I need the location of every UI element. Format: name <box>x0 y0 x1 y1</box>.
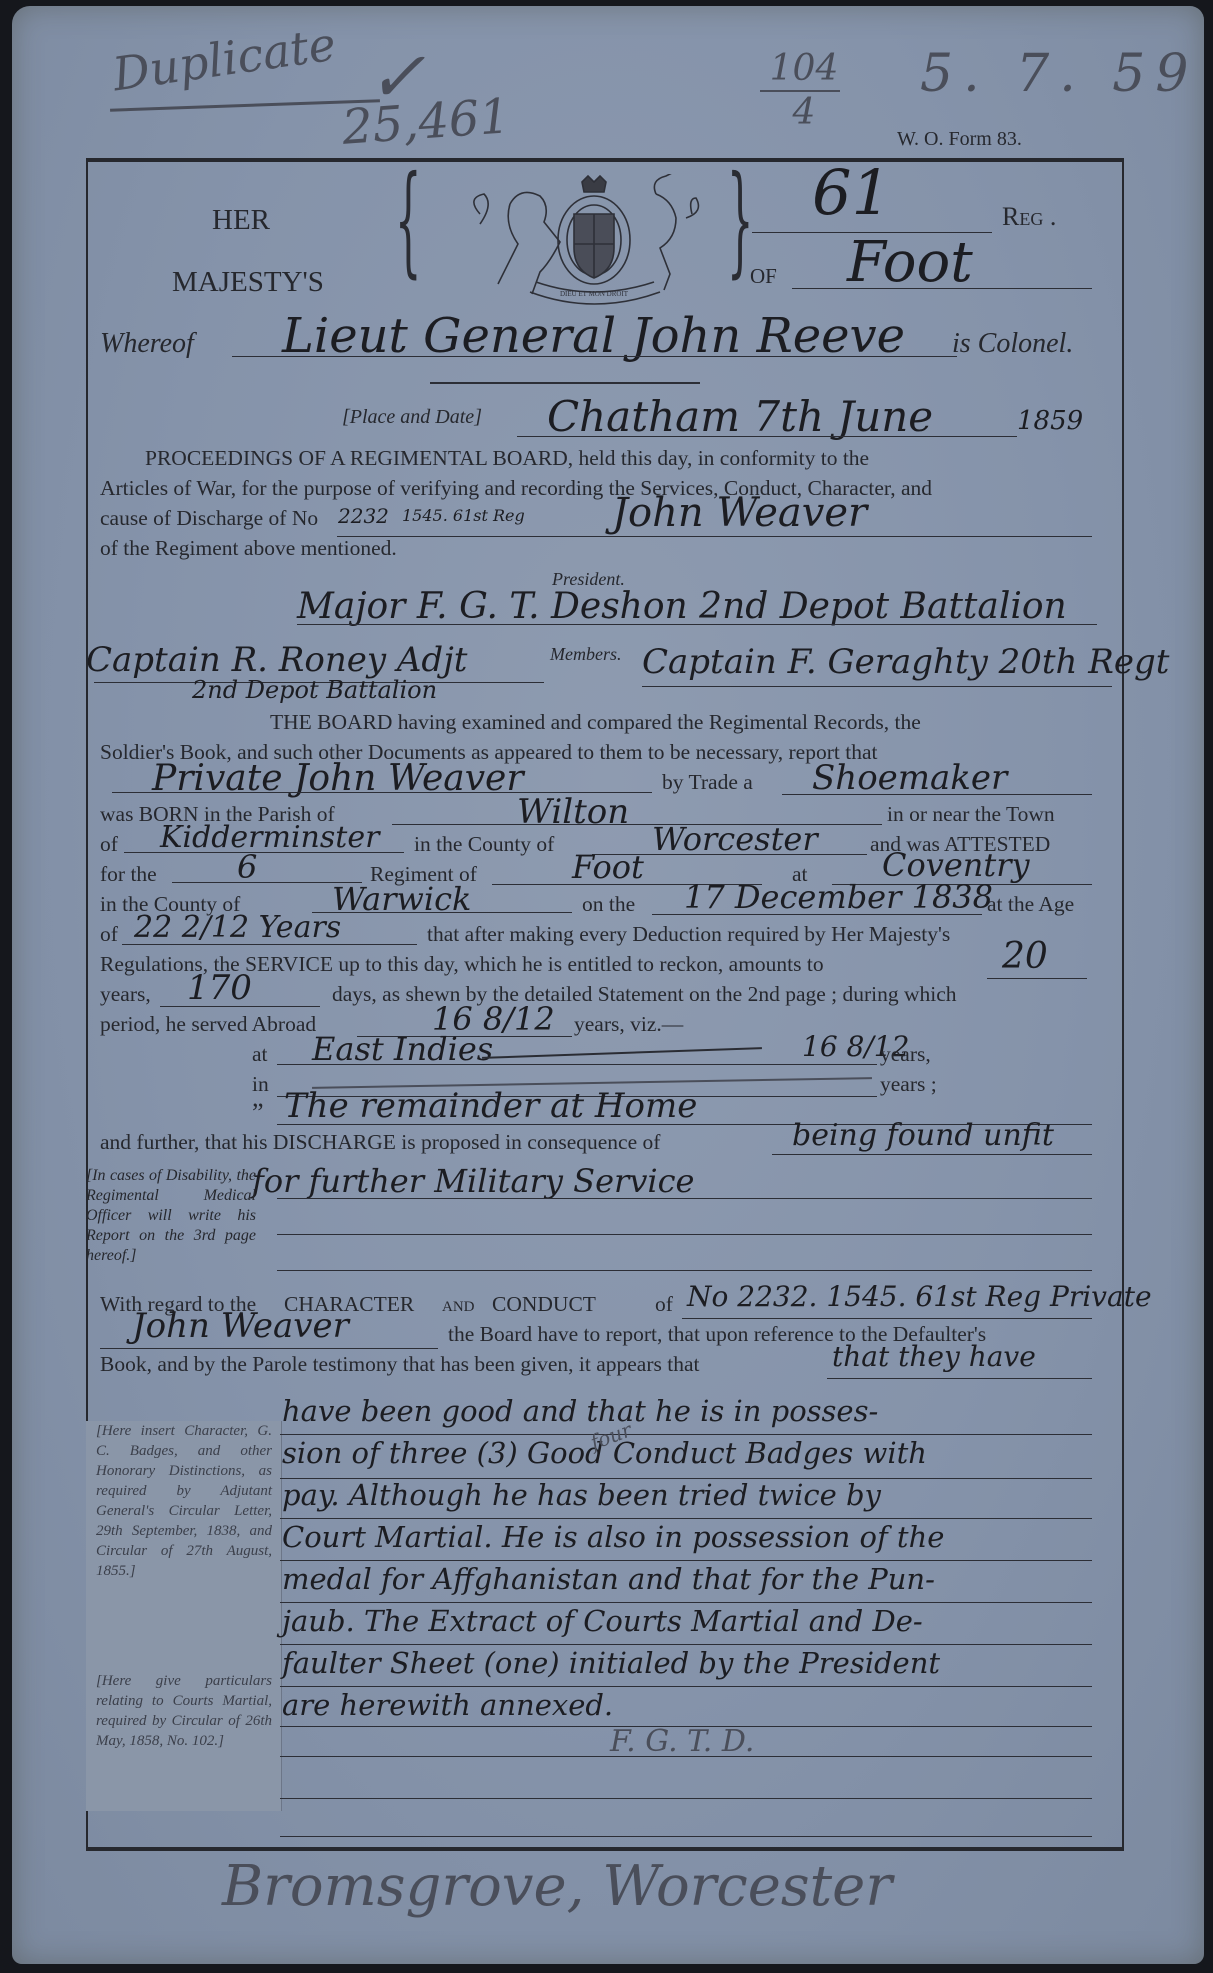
attested-date-line <box>652 914 982 915</box>
soldier-name-line <box>337 536 1092 537</box>
discharge-blank-line-2 <box>277 1270 1092 1271</box>
right-brace: } <box>727 161 754 281</box>
statement-start: that they have <box>832 1340 1036 1373</box>
soldier-ref-line <box>682 1318 1092 1319</box>
duplicate-annotation: Duplicate <box>109 17 339 102</box>
statement-line: pay. Although he has been tried twice by <box>282 1478 881 1512</box>
member-1-value: Captain R. Roney Adjt <box>86 640 467 680</box>
service-days-line <box>160 1006 320 1007</box>
discharge-blank-line-1 <box>277 1234 1092 1235</box>
remainder-value: The remainder at Home <box>284 1086 697 1126</box>
statement-start-line <box>827 1378 1092 1379</box>
courts-martial-sidenote: [Here give particulars relating to Court… <box>96 1671 272 1751</box>
colonel-line <box>232 356 957 357</box>
for-the-label: for the <box>100 862 157 887</box>
proceedings-line-4: of the Regiment above mentioned. <box>100 536 397 561</box>
statement-line: are herewith annexed. <box>282 1688 613 1722</box>
report-line-1: THE BOARD having examined and compared t… <box>270 710 921 735</box>
statement-rule <box>280 1434 1092 1435</box>
member-1-unit: 2nd Depot Battalion <box>192 676 437 704</box>
president-value: Major F. G. T. Deshon 2nd Depot Battalio… <box>297 586 1067 627</box>
statement-rule <box>280 1560 1092 1561</box>
age-line <box>122 944 417 945</box>
and-label: and <box>442 1292 475 1317</box>
her-label: HER <box>212 204 270 237</box>
town-line <box>124 852 404 853</box>
statement-rule <box>280 1836 1092 1837</box>
of-label: of <box>100 832 118 857</box>
members-label: Members. <box>550 644 621 665</box>
discharge-reason-2-line <box>277 1198 1092 1199</box>
trade-line <box>782 794 1092 795</box>
discharge-reason-2: for further Military Service <box>252 1162 694 1200</box>
instructions-sidenote-panel: [Here insert Character, G. C. Badges, an… <box>86 1421 282 1811</box>
statement-line: jaub. The Extract of Courts Martial and … <box>282 1604 923 1638</box>
attested-date-value: 17 December 1838 <box>684 878 993 916</box>
statement-line: have been good and that he is in posses- <box>282 1394 878 1428</box>
whereof-label: Whereof <box>100 328 194 360</box>
statement-rule <box>280 1602 1092 1603</box>
town-label: in or near the Town <box>887 802 1055 827</box>
county-value: Worcester <box>652 820 818 858</box>
majestys-label: MAJESTY'S <box>172 266 324 299</box>
of-label-3: of <box>655 1292 673 1317</box>
form-number: W. O. Form 83. <box>897 128 1022 151</box>
in-label: in <box>252 1072 269 1097</box>
county-label: in the County of <box>414 832 554 857</box>
fraction-top: 104 <box>764 48 844 89</box>
attested-regiment-value: 6 <box>237 848 257 886</box>
attested-county-line <box>312 912 572 913</box>
president-line <box>297 624 1097 625</box>
statement-rule <box>280 1756 1092 1757</box>
service-days-value: 170 <box>187 968 252 1008</box>
years-viz-label: years, viz.— <box>574 1012 683 1037</box>
service-years-value: 20 <box>1002 936 1048 977</box>
statement-rule <box>280 1798 1092 1799</box>
place-date-line <box>517 436 1017 437</box>
days-text: days, as shewn by the detailed Statement… <box>332 982 957 1007</box>
abroad-place-value: East Indies <box>312 1030 493 1068</box>
deduction-text: that after making every Deduction requir… <box>427 922 950 947</box>
character-soldier-name-line <box>100 1348 438 1349</box>
soldier-number-extra: 1545. 61st Reg <box>402 506 525 525</box>
statement-rule <box>280 1686 1092 1687</box>
left-brace: { <box>395 161 422 281</box>
age-value: 22 2/12 Years <box>134 910 341 945</box>
member-2-value: Captain F. Geraghty 20th Regt <box>642 642 1169 682</box>
document-page: Duplicate ✓ 25,461 104 4 5. 7. 59 W. O. … <box>12 6 1204 1964</box>
character-sidenote: [Here insert Character, G. C. Badges, an… <box>96 1421 272 1581</box>
discharge-text: and further, that his DISCHARGE is propo… <box>100 1130 660 1155</box>
ditto-mark: ” <box>252 1098 264 1128</box>
statement-line: faulter Sheet (one) initialed by the Pre… <box>282 1646 940 1680</box>
statement-rule <box>280 1644 1092 1645</box>
service-years-line <box>987 978 1087 979</box>
age-label: at the Age <box>987 892 1074 917</box>
statement-rule <box>280 1518 1092 1519</box>
regiment-type-value: Foot <box>847 230 973 295</box>
proceedings-line-1: PROCEEDINGS OF A REGIMENTAL BOARD, held … <box>145 446 869 471</box>
reg-label: Reg . <box>1002 202 1056 232</box>
discharge-reason-1-line <box>772 1154 1092 1155</box>
discharge-of-label: cause of Discharge of No <box>100 506 318 531</box>
disability-sidenote: [In cases of Disability, the Regimental … <box>86 1166 256 1266</box>
character-soldier-name: John Weaver <box>132 1306 349 1346</box>
is-colonel-label: is Colonel. <box>952 328 1073 360</box>
trade-value: Shoemaker <box>812 758 1007 798</box>
soldier-number-value: 2232 <box>338 504 389 528</box>
place-date-value: Chatham 7th June <box>547 392 933 441</box>
on-the-label: on the <box>582 892 635 917</box>
regiment-number-value: 61 <box>812 156 891 229</box>
svg-text:DIEU ET MON DROIT: DIEU ET MON DROIT <box>560 290 629 298</box>
abroad-place-line <box>277 1064 877 1065</box>
of-label-2: of <box>100 922 118 947</box>
parole-text: Book, and by the Parole testimony that h… <box>100 1352 699 1377</box>
soldier-name-value: John Weaver <box>612 490 867 536</box>
register-number: 25,461 <box>340 88 511 156</box>
royal-coat-of-arms-icon: DIEU ET MON DROIT <box>470 174 710 309</box>
years-semicolon-label: years ; <box>880 1072 937 1097</box>
abroad-label: period, he served Abroad <box>100 1012 316 1037</box>
conduct-label: CONDUCT <box>492 1292 596 1317</box>
statement-line: Court Martial. He is also in possession … <box>282 1520 944 1554</box>
regiment-type-line <box>792 288 1092 289</box>
trade-label: by Trade a <box>662 770 753 795</box>
town-value: Kidderminster <box>160 820 379 855</box>
president-initials: F. G. T. D. <box>610 1724 754 1759</box>
fraction-bottom: 4 <box>764 92 844 133</box>
year-value: 1859 <box>1017 406 1083 436</box>
place-date-label: [Place and Date] <box>342 406 482 429</box>
years-comma-label: years, <box>880 1042 931 1067</box>
footer-place-note: Bromsgrove, Worcester <box>222 1854 892 1919</box>
member-2-line <box>642 686 1112 687</box>
years-label: years, <box>100 982 151 1007</box>
date-stamp: 5. 7. 59 <box>920 44 1198 104</box>
soldier-ref-value: No 2232. 1545. 61st Reg Private <box>687 1280 1152 1313</box>
attested-regiment-type-value: Foot <box>572 848 644 886</box>
statement-line: medal for Affghanistan and that for the … <box>282 1562 935 1596</box>
of-label: OF <box>750 264 777 289</box>
at-label-2: at <box>252 1042 268 1067</box>
parish-value: Wilton <box>517 792 629 832</box>
title-divider <box>430 382 700 384</box>
discharge-reason-1: being found unfit <box>792 1118 1054 1153</box>
